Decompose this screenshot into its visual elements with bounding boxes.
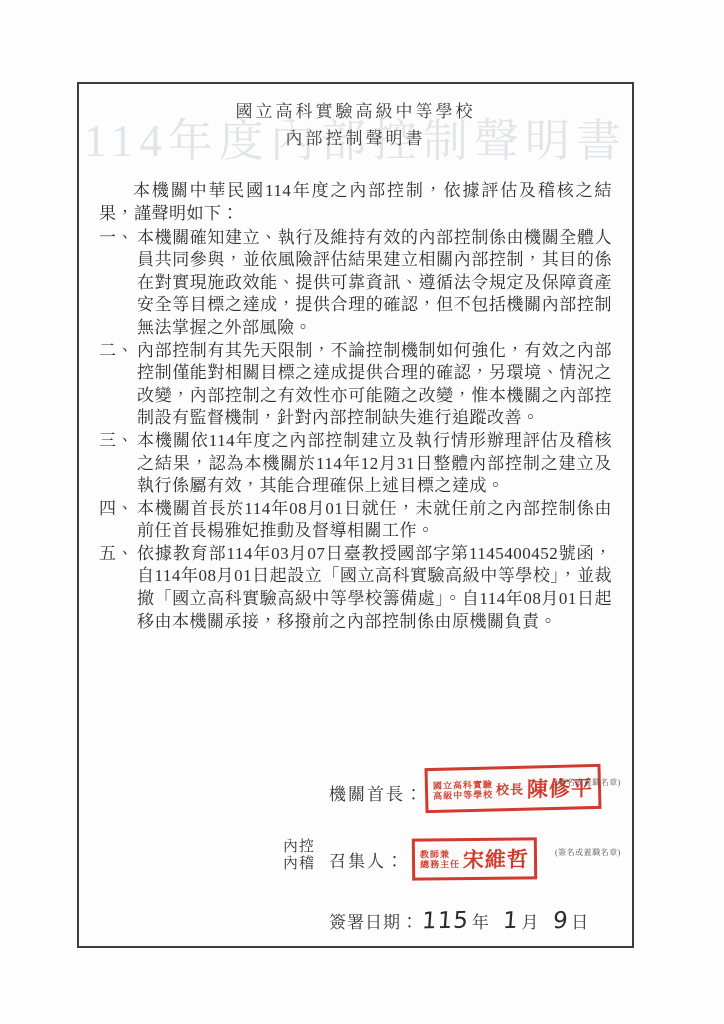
title-block: 國立高科實驗高級中等學校 內部控制聲明書 <box>99 98 612 152</box>
organization-name: 國立高科實驗高級中等學校 <box>99 98 612 125</box>
signature-note-convener: (簽名或蓋職名章) <box>555 847 621 858</box>
clause-list: 一、 本機關確知建立、執行及維持有效的內部控制係由機關全體人員共同參與，並依風險… <box>99 227 612 634</box>
signature-note-head: (簽名或蓋職名章) <box>555 777 621 788</box>
clause-marker: 一、 <box>99 227 137 340</box>
stamp-title-line1: 教師兼 <box>420 849 460 859</box>
clause-text: 本機關依114年度之內部控制建立及執行情形辦理評估及稽核之結果，認為本機關於11… <box>137 430 612 498</box>
agency-head-label: 機關首長： <box>329 780 424 805</box>
stamp-title-line2: 總務主任 <box>420 859 460 869</box>
clause-item-3: 三、 本機關依114年度之內部控制建立及執行情形辦理評估及稽核之結果，認為本機關… <box>99 430 612 498</box>
clause-item-2: 二、 內部控制有其先天限制，不論控制機制如何強化，有效之內部控制僅能對相關目標之… <box>99 340 612 430</box>
stamp-title: 校長 <box>496 779 524 799</box>
date-label: 簽署日期： <box>329 908 419 933</box>
handwritten-year: 115 <box>421 908 470 935</box>
month-unit: 月 <box>522 908 540 933</box>
clause-item-5: 五、 依據教育部114年03月07日臺教授國部字第1145400452號函，自1… <box>99 543 612 633</box>
day-unit: 日 <box>571 908 589 933</box>
clause-text: 內部控制有其先天限制，不論控制機制如何強化，有效之內部控制僅能對相關目標之達成提… <box>137 340 612 430</box>
signing-date-row: 簽署日期： 115 年 1 月 9 日 <box>329 908 599 934</box>
stamp-name: 宋維哲 <box>463 843 530 874</box>
year-unit: 年 <box>472 908 490 933</box>
scanned-document-page: 114年度內部控制聲明書 國立高科實驗高級中等學校 內部控制聲明書 本機關中華民… <box>0 0 724 1024</box>
stamp-org-lines: 國立高科實驗 高級中等學校 <box>433 779 493 800</box>
handwritten-day: 9 <box>552 908 569 934</box>
document-content: 國立高科實驗高級中等學校 內部控制聲明書 本機關中華民國114年度之內部控制，依… <box>77 82 634 948</box>
clause-marker: 四、 <box>99 498 137 543</box>
stamp-title-lines: 教師兼 總務主任 <box>420 849 460 869</box>
handwritten-month: 1 <box>502 908 519 934</box>
clause-item-1: 一、 本機關確知建立、執行及維持有效的內部控制係由機關全體人員共同參與，並依風險… <box>99 227 612 340</box>
clause-item-4: 四、 本機關首長於114年08月01日就任，未就任前之內部控制係由前任首長楊雅妃… <box>99 498 612 543</box>
prefix-line1: 內控 <box>283 839 315 856</box>
convener-prefix: 內控 內稽 <box>283 839 315 873</box>
document-title: 內部控制聲明書 <box>99 125 612 152</box>
stamp-org-line2: 高級中等學校 <box>433 789 493 800</box>
clause-text: 依據教育部114年03月07日臺教授國部字第1145400452號函，自114年… <box>137 543 612 633</box>
convener-stamp: 教師兼 總務主任 宋維哲 <box>412 837 537 880</box>
intro-paragraph: 本機關中華民國114年度之內部控制，依據評估及稽核之結果，謹聲明如下： <box>99 180 612 225</box>
agency-head-stamp: 國立高科實驗 高級中等學校 校長 陳修平 <box>424 764 601 813</box>
convener-label: 召集人： <box>329 847 405 872</box>
clause-text: 本機關首長於114年08月01日就任，未就任前之內部控制係由前任首長楊雅妃推動及… <box>137 498 612 543</box>
clause-marker: 二、 <box>99 340 137 430</box>
clause-marker: 五、 <box>99 543 137 633</box>
clause-marker: 三、 <box>99 430 137 498</box>
prefix-line2: 內稽 <box>283 856 315 873</box>
clause-text: 本機關確知建立、執行及維持有效的內部控制係由機關全體人員共同參與，並依風險評估結… <box>137 227 612 340</box>
